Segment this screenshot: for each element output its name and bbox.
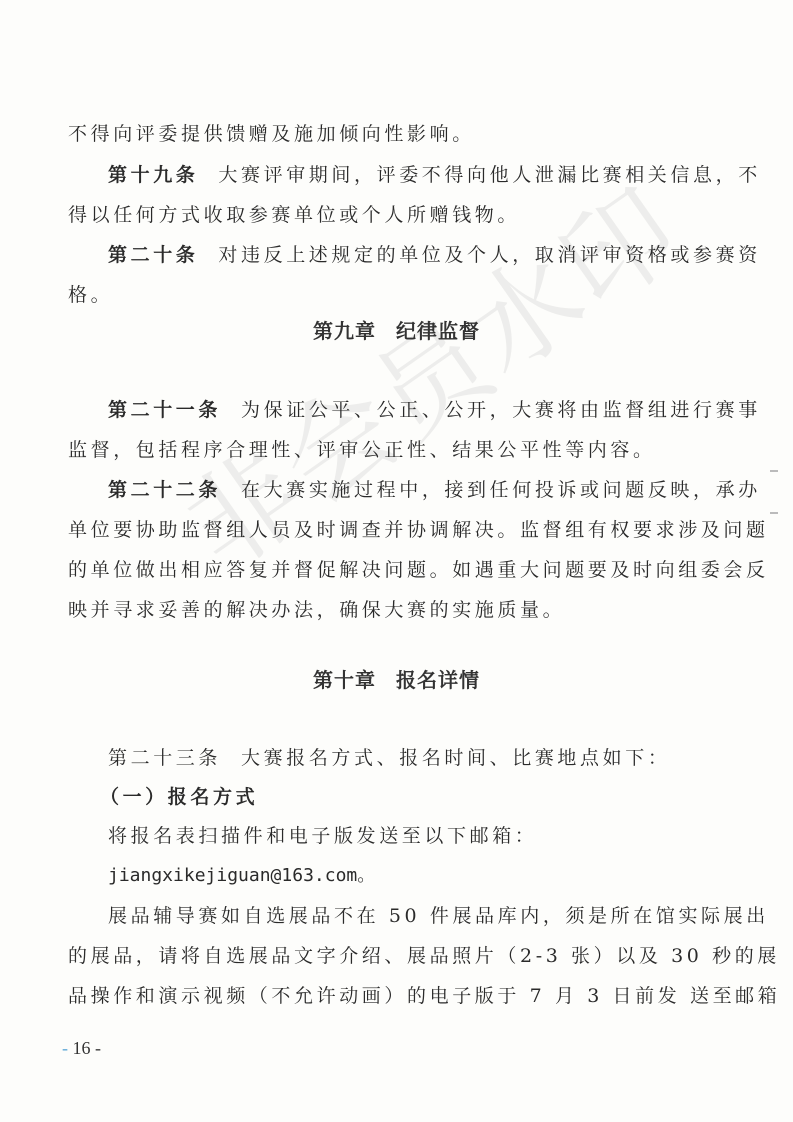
paragraph-line: 单位要协助监督组人员及时调查并协调解决。监督组有权要求涉及问题 <box>68 518 728 542</box>
paragraph-line: 得以任何方式收取参赛单位或个人所赠钱物。 <box>68 203 728 227</box>
article-23: 第二十三条大赛报名方式、报名时间、比赛地点如下： <box>108 746 728 770</box>
paragraph-line: 映并寻求妥善的解决办法，确保大赛的实施质量。 <box>68 598 728 622</box>
paragraph-line: 的展品，请将自选展品文字介绍、展品照片（2-3 张）以及 30 秒的展 <box>68 944 728 968</box>
chapter-heading-10: 第十章报名详情 <box>0 667 793 693</box>
margin-mark <box>770 512 778 514</box>
paragraph-line: 监督，包括程序合理性、评审公正性、结果公平性等内容。 <box>68 438 728 462</box>
chapter-number: 第十章 <box>313 668 376 692</box>
paragraph-line: 展品辅导赛如自选展品不在 50 件展品库内，须是所在馆实际展出 <box>108 904 728 928</box>
article-text: 对违反上述规定的单位及个人，取消评审资格或参赛资 <box>218 244 760 266</box>
article-label: 第二十三条 <box>108 747 221 769</box>
paragraph-line: 格。 <box>68 283 728 307</box>
article-label: 第二十条 <box>108 244 198 266</box>
page-dash: - <box>95 1038 101 1058</box>
page-number: - 16 - <box>62 1038 101 1059</box>
article-text: 大赛报名方式、报名时间、比赛地点如下： <box>241 747 670 769</box>
article-text: 为保证公平、公正、公开，大赛将由监督组进行赛事 <box>241 399 761 421</box>
chapter-name: 纪律监督 <box>396 319 480 343</box>
page-dash: - <box>62 1038 68 1058</box>
margin-mark <box>770 470 778 472</box>
paragraph-line: 不得向评委提供馈赠及施加倾向性影响。 <box>68 122 728 146</box>
paragraph-line: 将报名表扫描件和电子版发送至以下邮箱： <box>108 824 728 848</box>
article-21: 第二十一条为保证公平、公正、公开，大赛将由监督组进行赛事 <box>108 398 728 422</box>
paragraph-line: 品操作和演示视频（不允许动画）的电子版于 7 月 3 日前发 送至邮箱 <box>68 984 728 1008</box>
article-label: 第二十二条 <box>108 479 221 501</box>
email-address: jiangxikejiguan@163.com。 <box>108 864 728 888</box>
section-heading: （一）报名方式 <box>100 785 720 809</box>
document-page: 非会员水印 不得向评委提供馈赠及施加倾向性影响。 第十九条大赛评审期间，评委不得… <box>0 0 793 1122</box>
article-text: 大赛评审期间，评委不得向他人泄漏比赛相关信息，不 <box>218 164 760 186</box>
article-text: 在大赛实施过程中，接到任何投诉或问题反映，承办 <box>241 479 761 501</box>
article-20: 第二十条对违反上述规定的单位及个人，取消评审资格或参赛资 <box>108 243 728 267</box>
chapter-heading-9: 第九章纪律监督 <box>0 318 793 344</box>
article-label: 第十九条 <box>108 164 198 186</box>
chapter-number: 第九章 <box>313 319 376 343</box>
page-number-value: 16 <box>73 1038 91 1058</box>
article-label: 第二十一条 <box>108 399 221 421</box>
chapter-name: 报名详情 <box>396 668 480 692</box>
article-22: 第二十二条在大赛实施过程中，接到任何投诉或问题反映，承办 <box>108 478 728 502</box>
article-19: 第十九条大赛评审期间，评委不得向他人泄漏比赛相关信息，不 <box>108 163 728 187</box>
paragraph-line: 的单位做出相应答复并督促解决问题。如遇重大问题要及时向组委会反 <box>68 558 728 582</box>
